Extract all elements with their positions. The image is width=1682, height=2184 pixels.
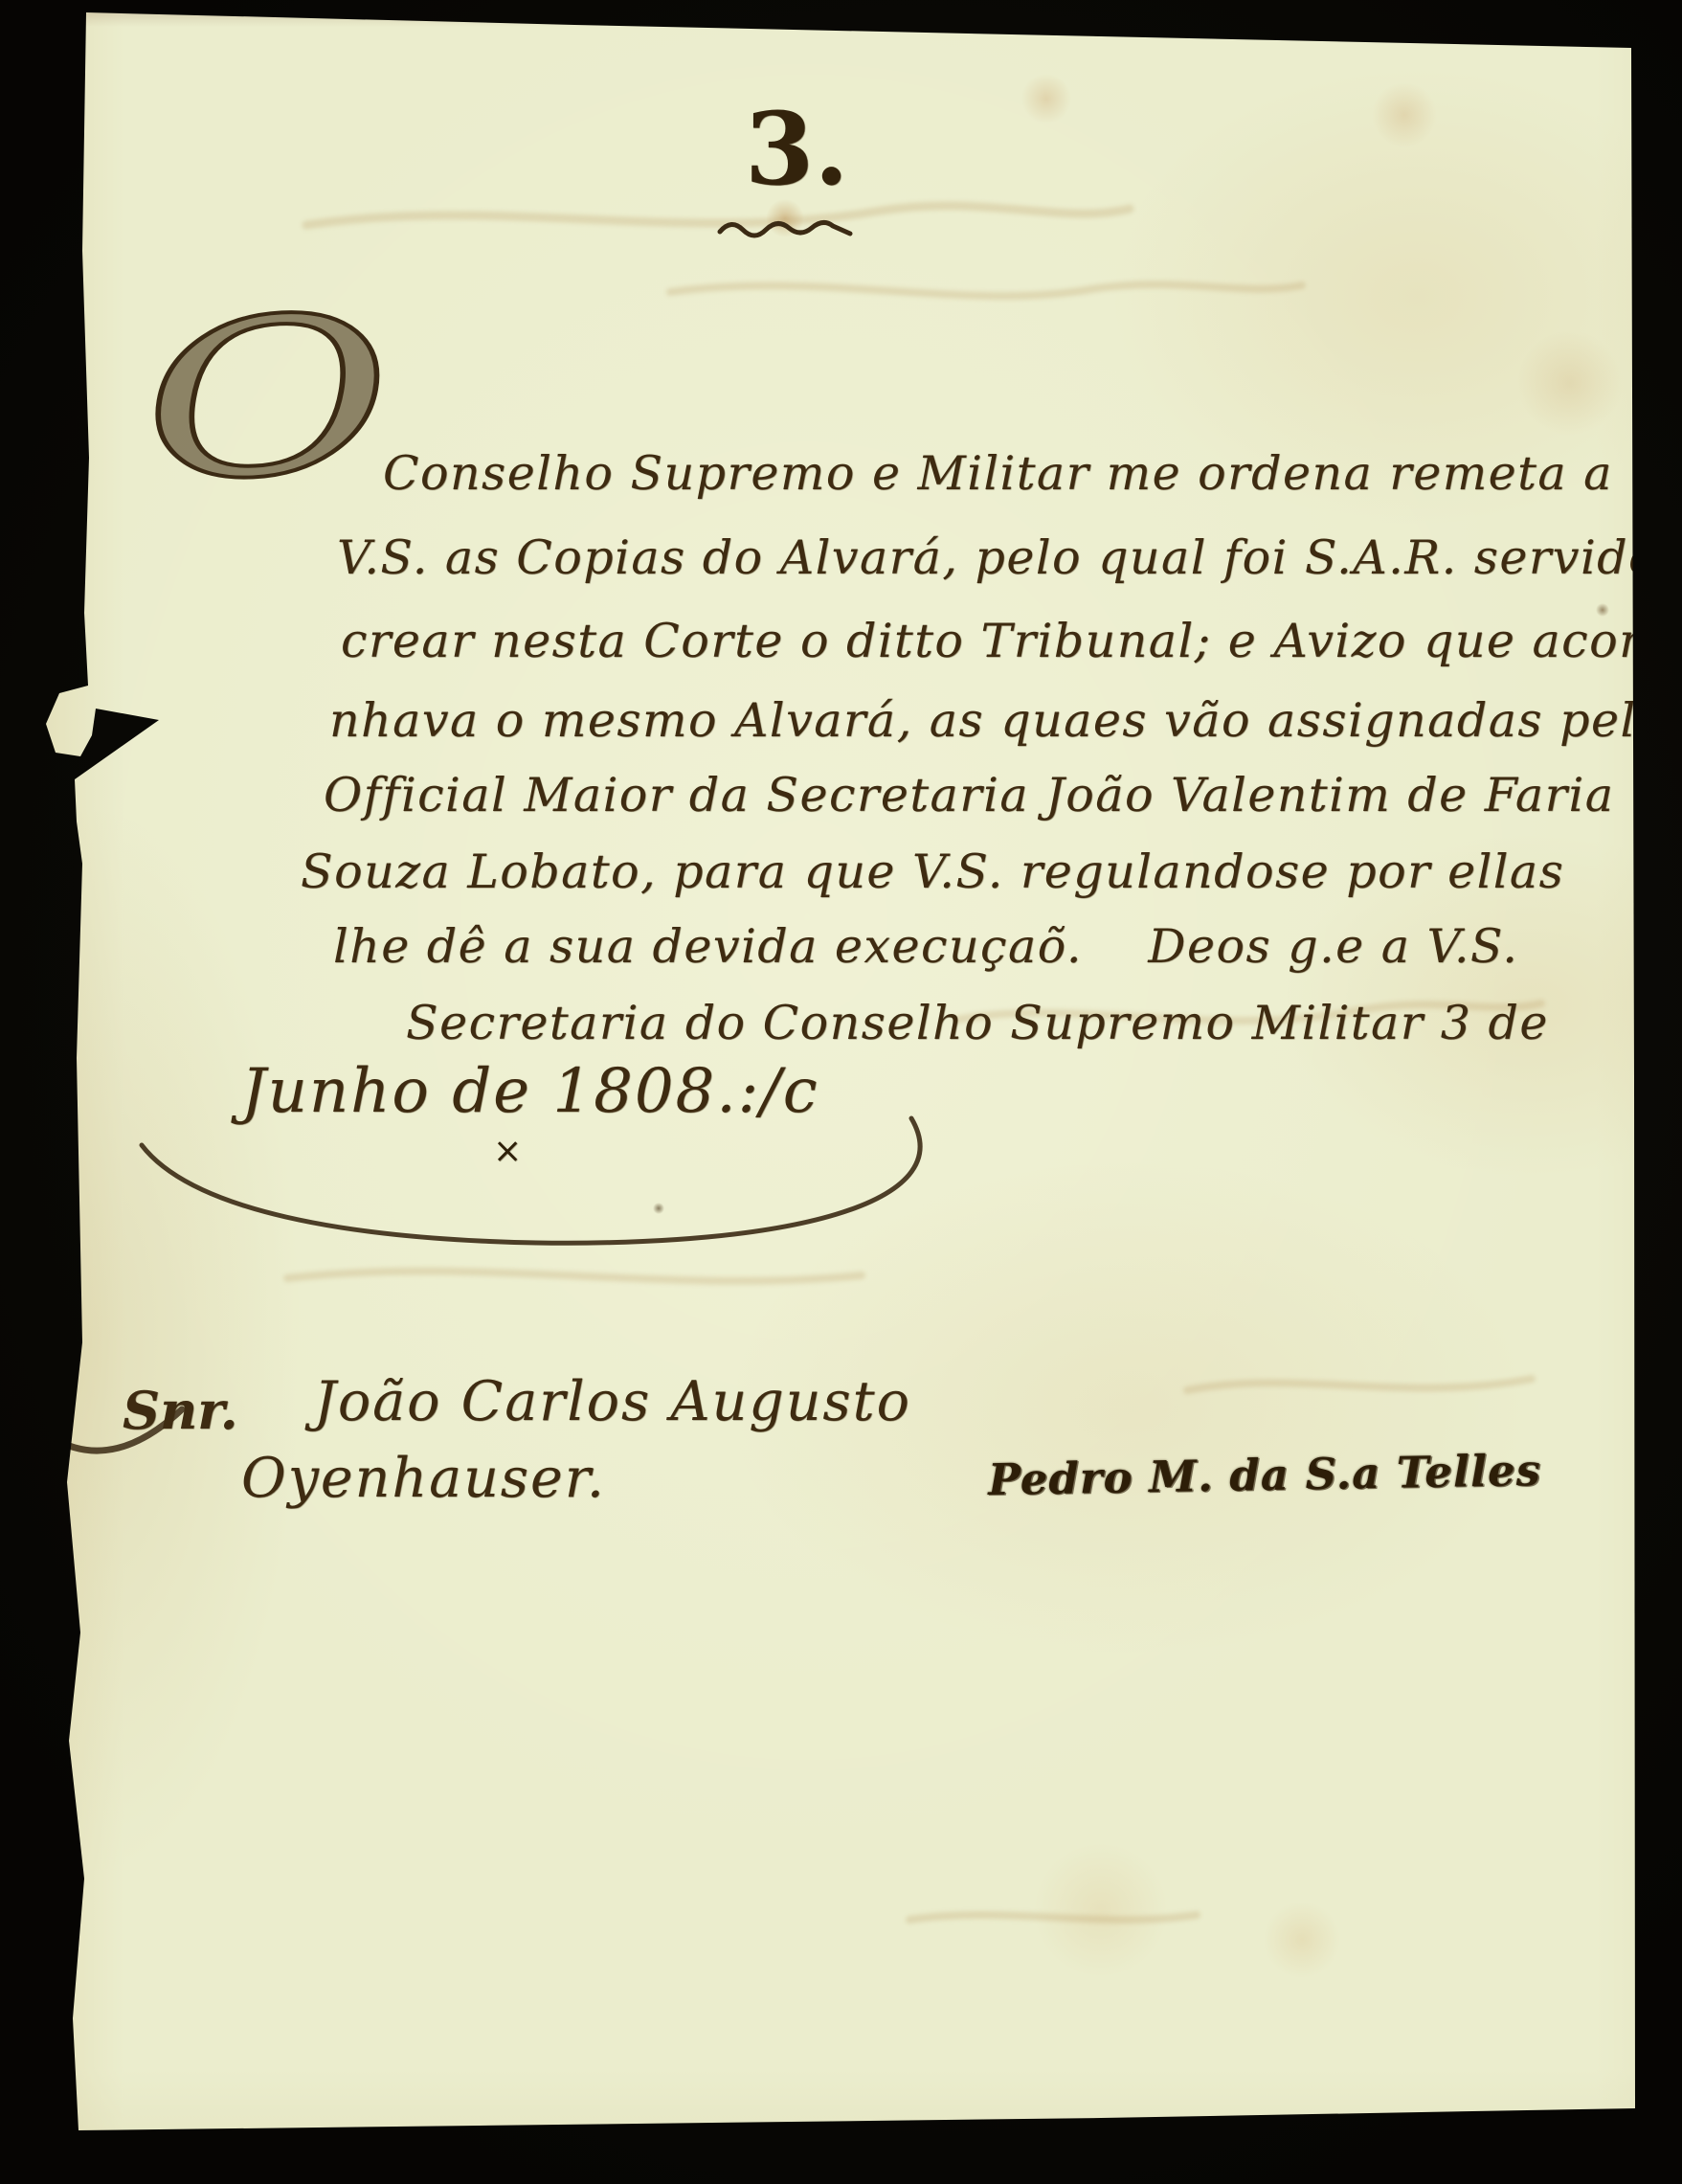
body-line: nhava o mesmo Alvará, as quaes vão assig… xyxy=(329,697,1667,744)
manuscript-paper: 3. O Conselho Supremo e Militar me orden… xyxy=(0,0,1682,2184)
ink-mark: × xyxy=(493,1135,522,1169)
addressee-salutation: Snr. xyxy=(123,1385,238,1436)
body-line: Souza Lobato, para que V.S. regulandose … xyxy=(301,848,1564,895)
addressee-surname: Oyenhauser. xyxy=(241,1452,606,1506)
dateline-flourish xyxy=(142,1118,920,1243)
signature: Pedro M. da S.a Telles xyxy=(988,1449,1542,1501)
body-line: Conselho Supremo e Militar me ordena rem… xyxy=(383,450,1613,497)
photograph-background: 3. O Conselho Supremo e Militar me orden… xyxy=(0,0,1682,2184)
dateline: Junho de 1808.:/c xyxy=(241,1061,819,1122)
page-number-underline-squiggle xyxy=(720,222,850,236)
page-number: 3. xyxy=(745,100,849,199)
body-line: Secretaria do Conselho Supremo Militar 3… xyxy=(406,1000,1549,1047)
body-line: lhe dê a sua devida execuçaõ. Deos g.e a… xyxy=(333,923,1518,970)
addressee-name: João Carlos Augusto xyxy=(314,1375,911,1430)
body-line: V.S. as Copias do Alvará, pelo qual foi … xyxy=(337,534,1682,581)
body-line: Official Maior da Secretaria João Valent… xyxy=(324,772,1614,819)
flourished-initial: O xyxy=(132,286,404,513)
body-line: crear nesta Corte o ditto Tribunal; e Av… xyxy=(341,618,1682,664)
